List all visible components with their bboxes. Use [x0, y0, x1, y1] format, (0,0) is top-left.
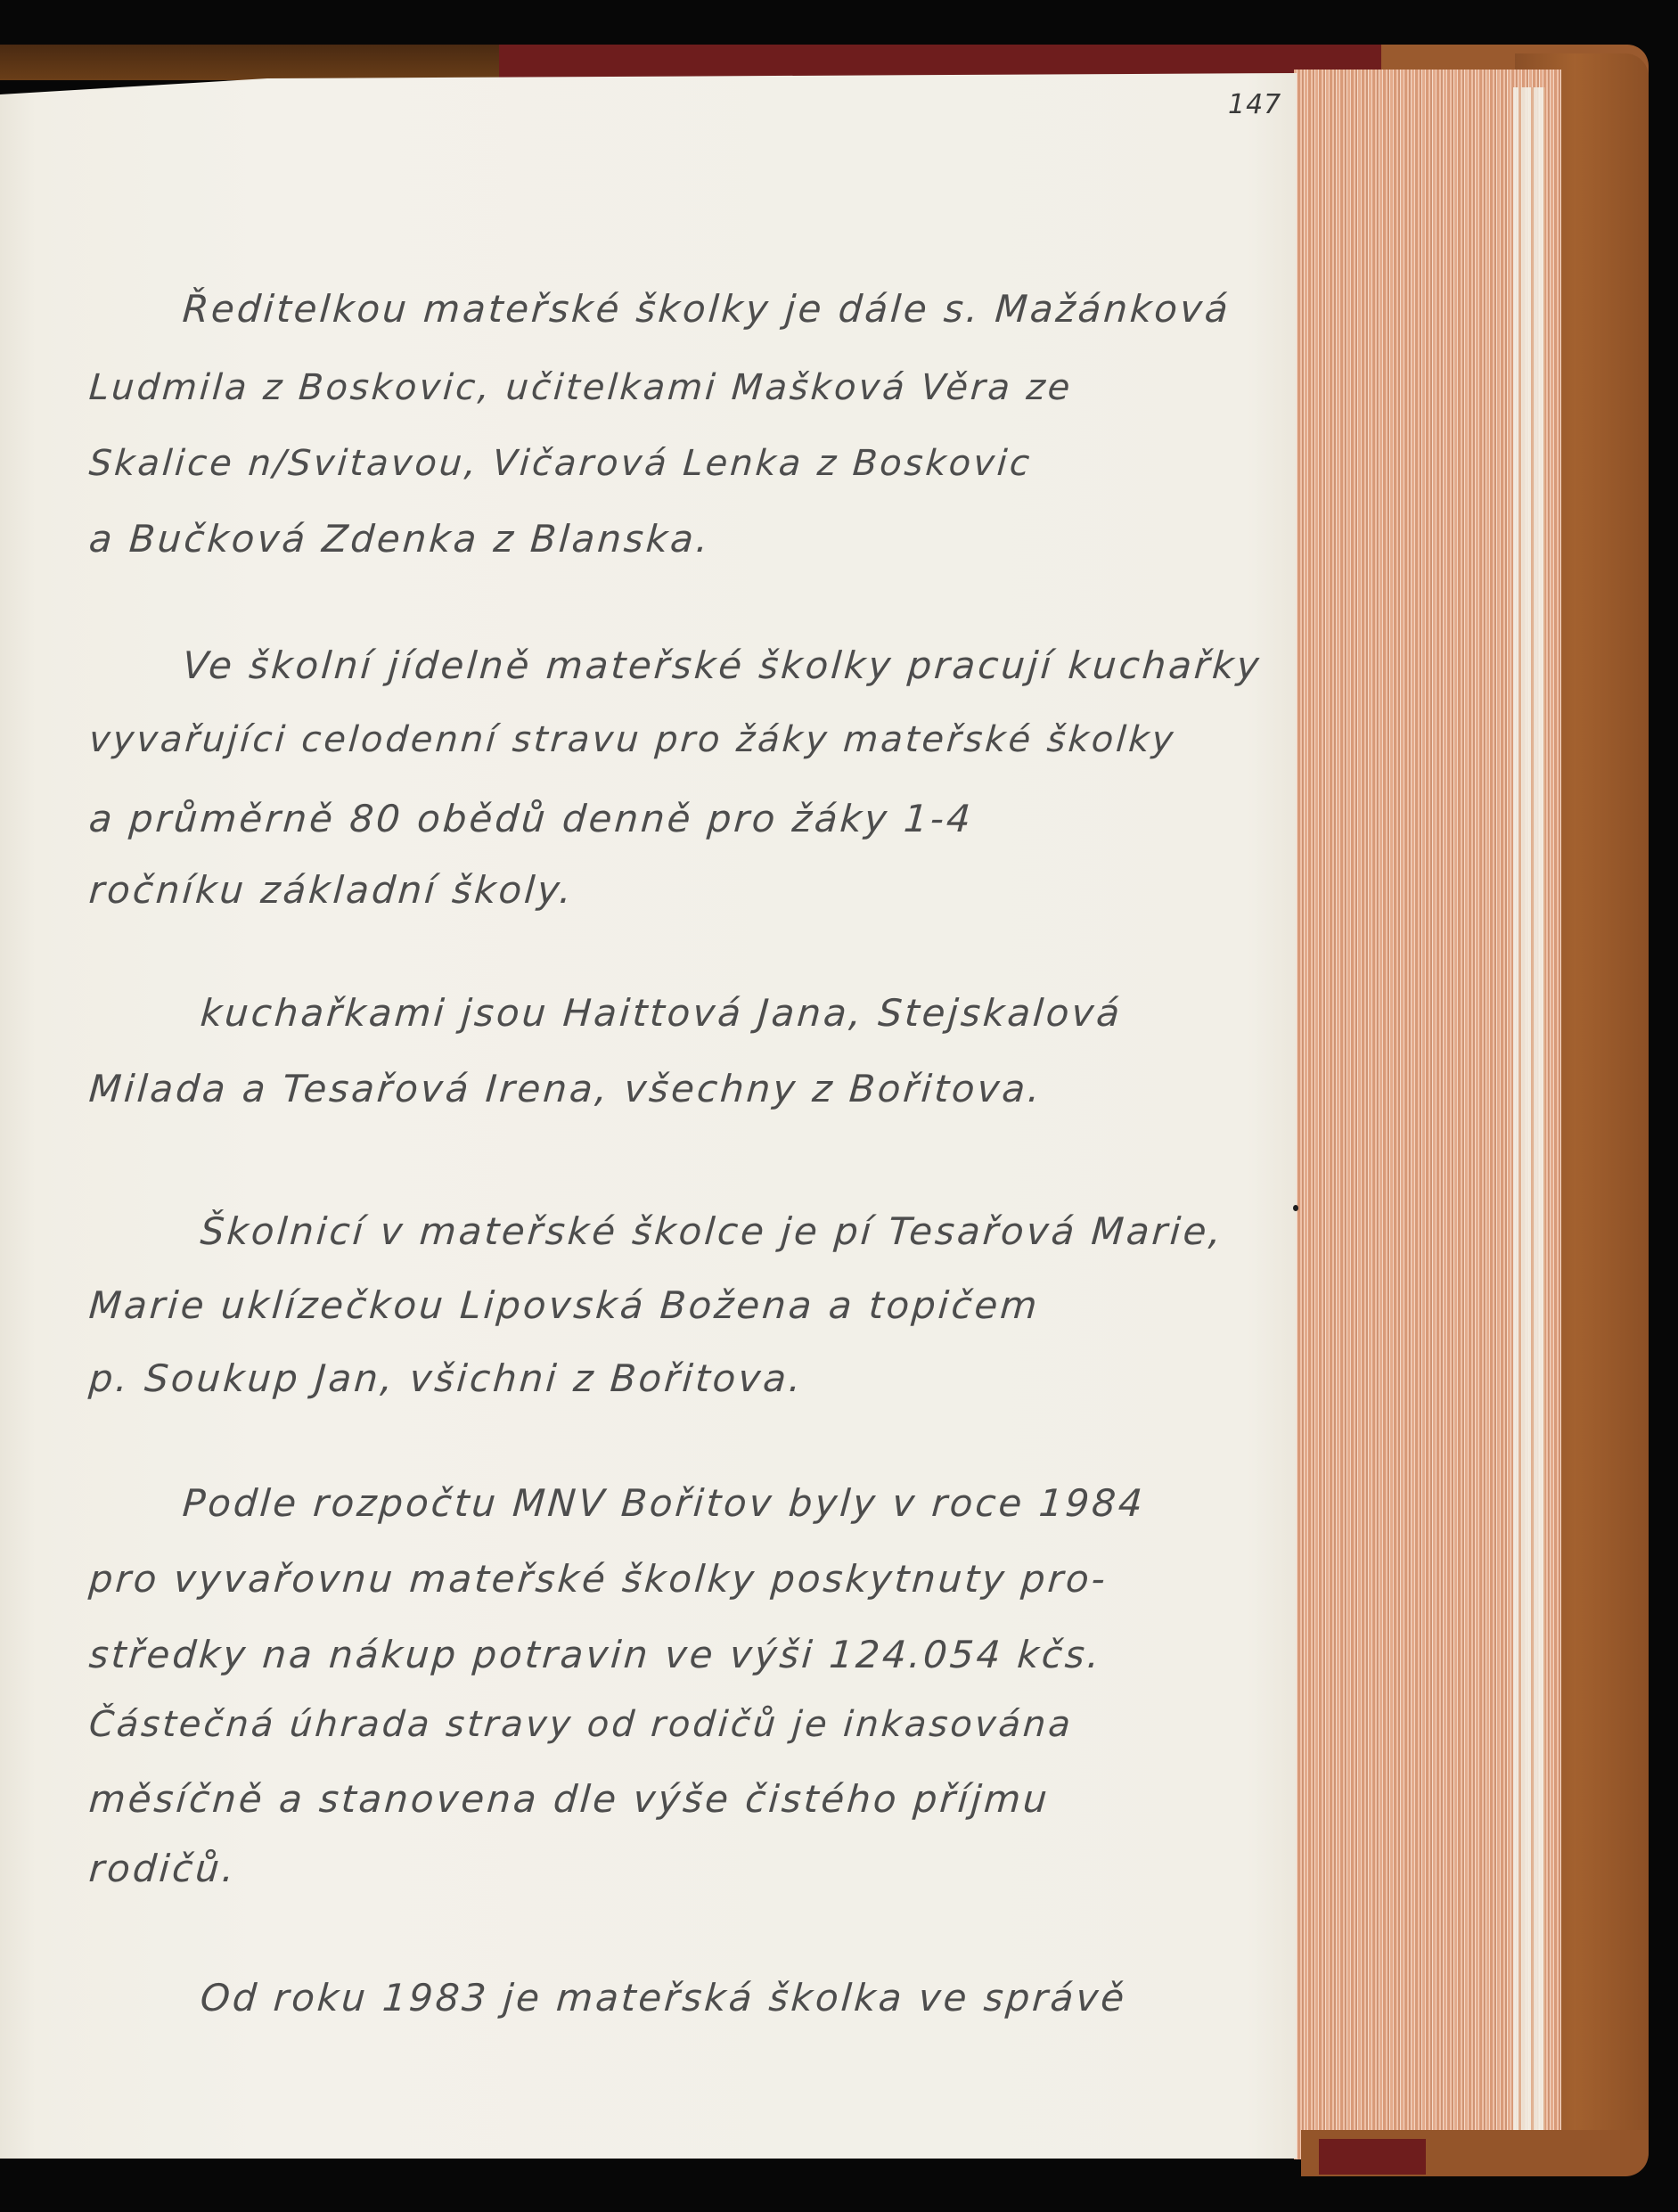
handwritten-line: Marie uklízečkou Lipovská Božena a topič… — [87, 1283, 1041, 1327]
handwritten-line: p. Soukup Jan, všichni z Bořitova. — [87, 1356, 805, 1400]
handwritten-line: Ludmila z Boskovic, učitelkami Mašková V… — [87, 367, 1074, 408]
handwritten-line: vyvařujíci celodenní stravu pro žáky mat… — [87, 719, 1177, 760]
handwritten-line: kuchařkami jsou Haittová Jana, Stejskalo… — [199, 991, 1124, 1035]
handwritten-line: Milada a Tesařová Irena, všechny z Bořit… — [87, 1067, 1044, 1110]
handwritten-line: Částečná úhrada stravy od rodičů je inka… — [87, 1704, 1074, 1745]
handwritten-line: Skalice n/Svitavou, Vičarová Lenka z Bos… — [87, 443, 1033, 484]
scanned-book-spread: 147 Ředitelkou mateřské školky je dále s… — [0, 0, 1678, 2212]
handwritten-line: Školnicí v mateřské školce je pí Tesařov… — [199, 1209, 1224, 1253]
ink-dot-mark — [1293, 1205, 1298, 1211]
page-number-top: 147 — [1228, 89, 1281, 120]
page-edges-stack — [1294, 70, 1561, 2159]
handwritten-line: Ve školní jídelně mateřské školky pracuj… — [181, 643, 1263, 687]
handwritten-line: ročníku základní školy. — [87, 868, 575, 912]
handwritten-line: a průměrně 80 obědů denně pro žáky 1-4 — [87, 797, 974, 840]
handwritten-line: Ředitelkou mateřské školky je dále s. Ma… — [181, 287, 1232, 331]
handwritten-line: Podle rozpočtu MNV Bořitov byly v roce 1… — [181, 1481, 1146, 1525]
handwritten-line: rodičů. — [87, 1847, 238, 1890]
manuscript-page: 147 Ředitelkou mateřské školky je dále s… — [0, 73, 1297, 2159]
red-tailband-strip — [1319, 2139, 1426, 2175]
handwritten-line: Od roku 1983 je mateřská školka ve správ… — [199, 1976, 1128, 2019]
handwritten-line: pro vyvařovnu mateřské školky poskytnuty… — [87, 1557, 1109, 1601]
handwritten-line: a Bučková Zdenka z Blanska. — [87, 517, 712, 561]
page-number-bottom: 146 — [1221, 2154, 1278, 2188]
handwritten-line: středky na nákup potravin ve výši 124.05… — [87, 1633, 1103, 1676]
handwritten-line: měsíčně a stanovena dle výše čistého pří… — [87, 1777, 1051, 1821]
